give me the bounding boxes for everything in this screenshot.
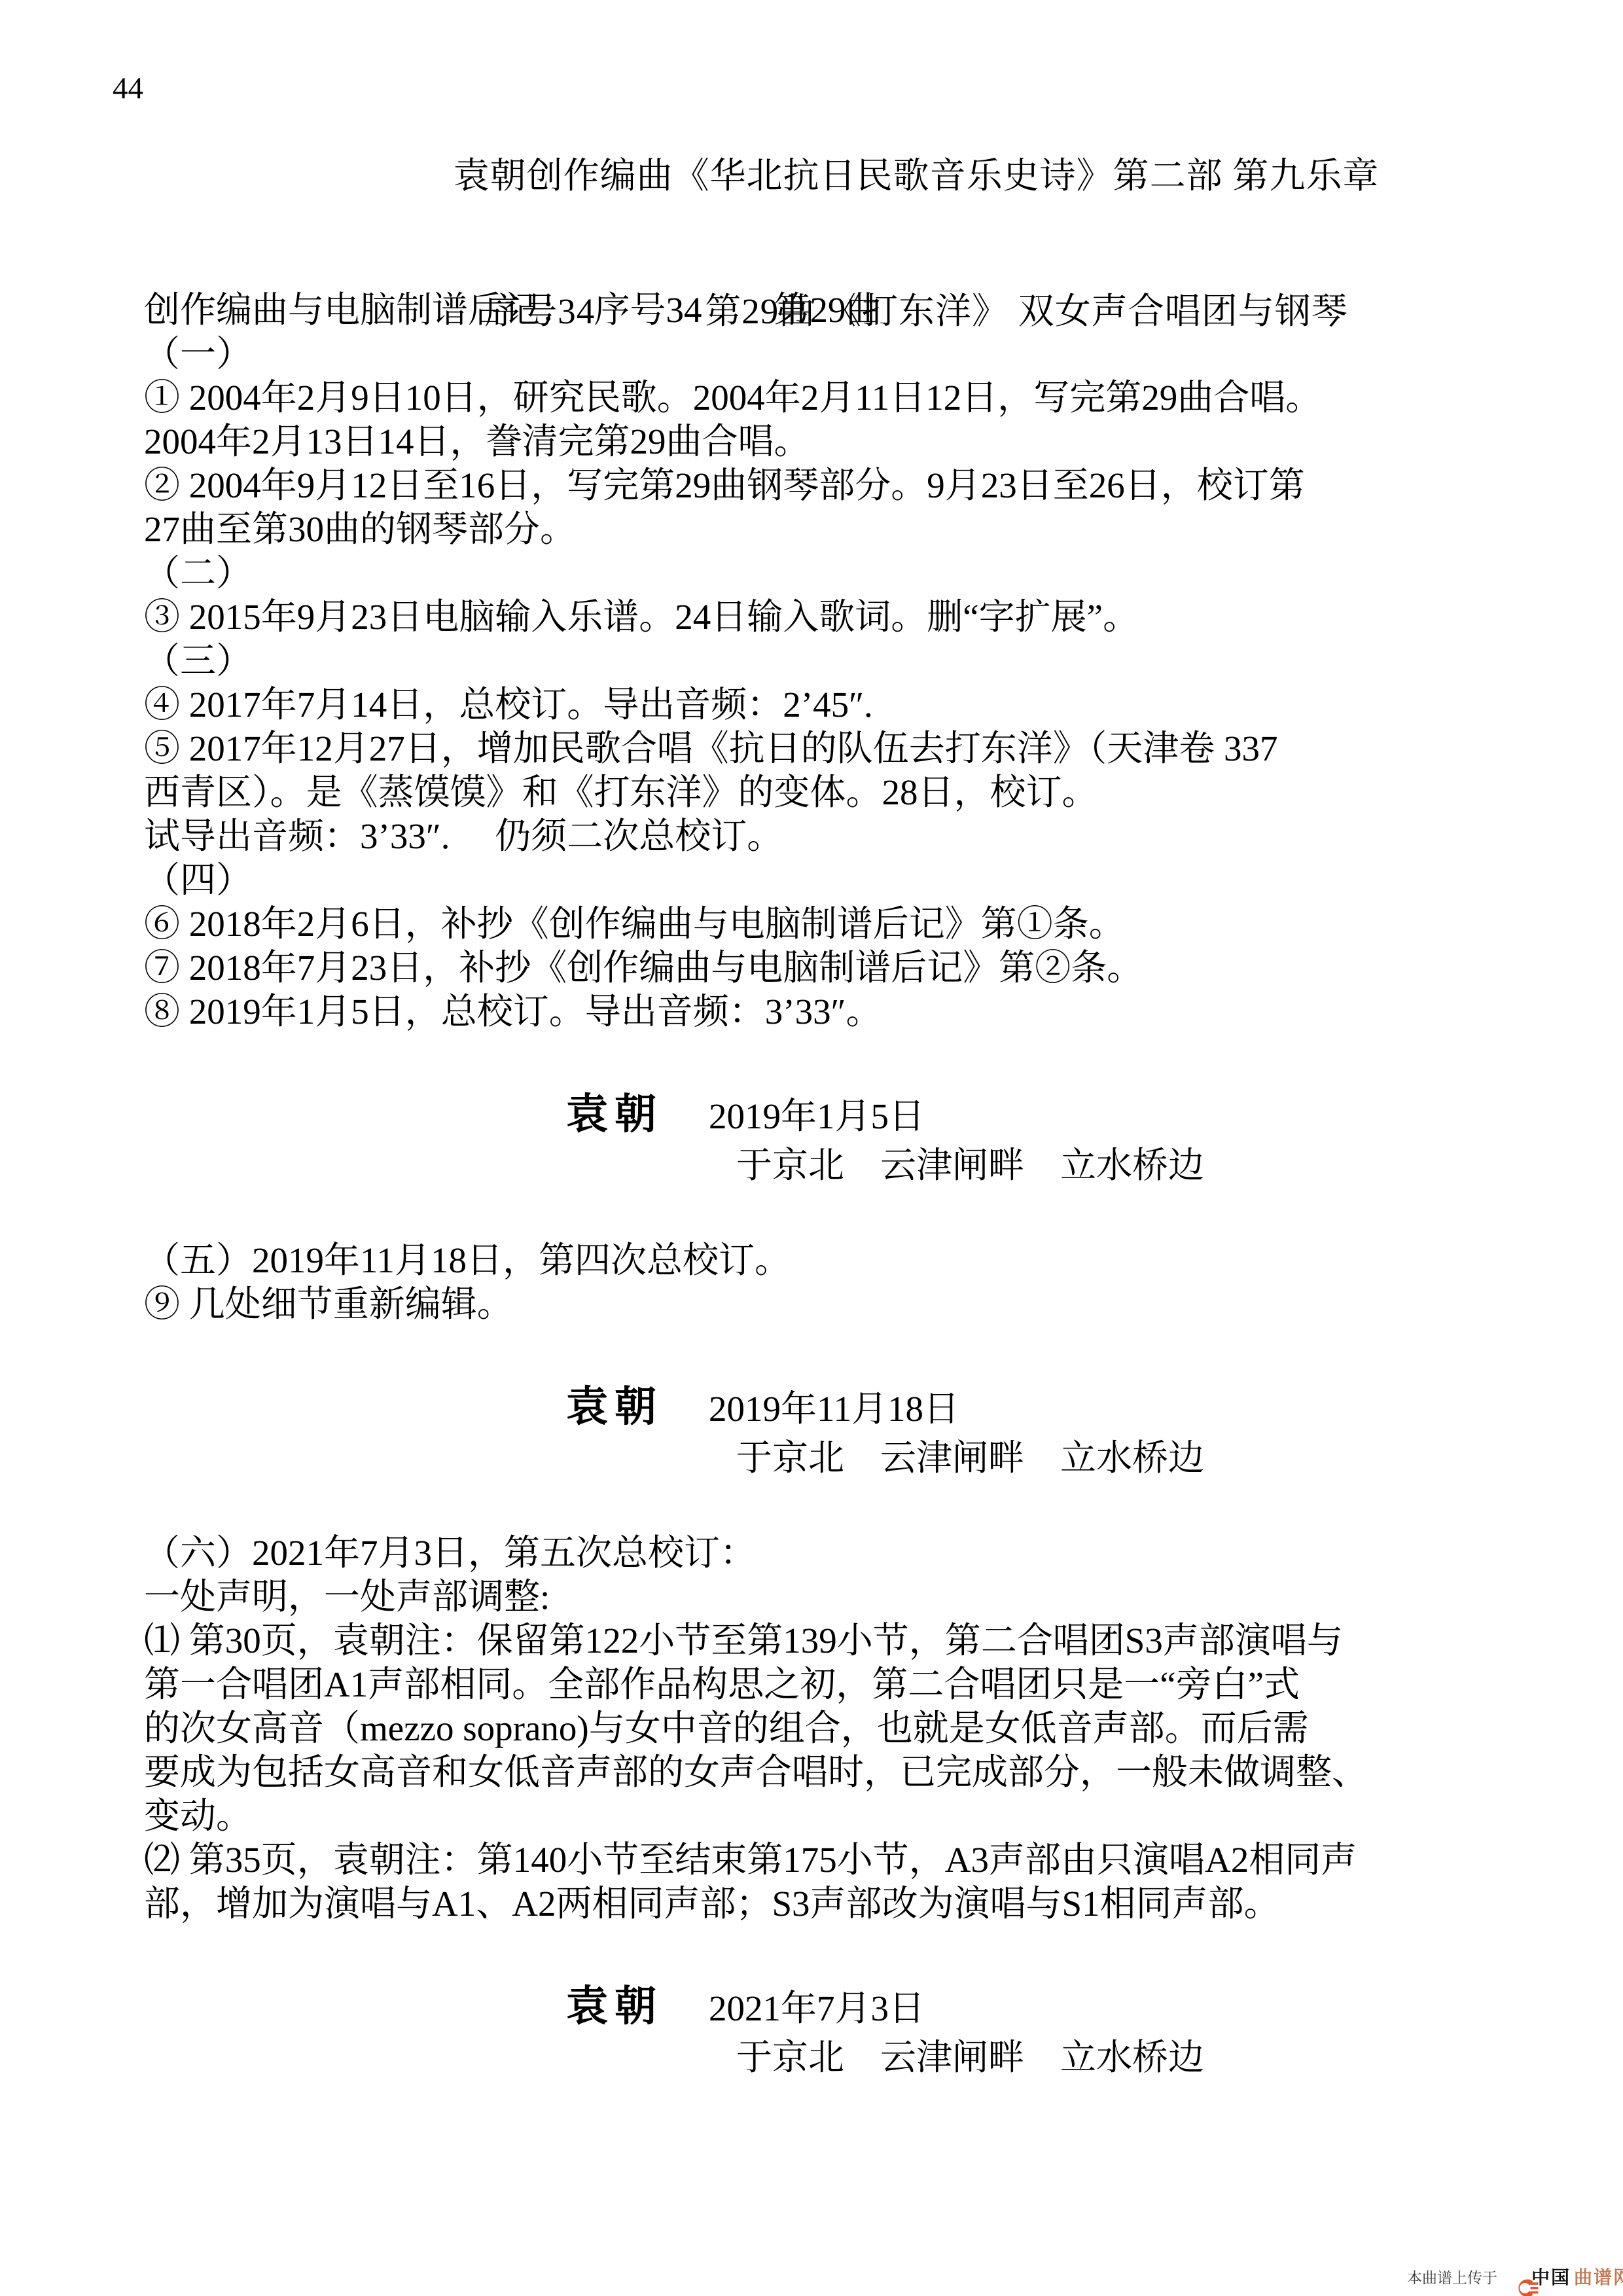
text-line: ⑤ 2017年12月27日，增加民歌合唱《抗日的队伍去打东洋》（天津卷 337 — [144, 726, 1368, 770]
text-line: ② 2004年9月12日至16日，写完第29曲钢琴部分。9月23日至26日，校订… — [144, 463, 1368, 507]
text-line: （二） — [144, 551, 1368, 595]
author-name: 袁朝 — [566, 1090, 663, 1138]
text-line: ① 2004年2月9日10日，研究民歌。2004年2月11日12日，写完第29曲… — [144, 376, 1368, 420]
author-name: 袁朝 — [566, 1383, 663, 1430]
text-line: 2004年2月13日14日，誊清完第29曲合唱。 — [144, 420, 1368, 463]
scanned-score-postscript-page: { "page": { "number": "44" }, "header": … — [0, 0, 1623, 2296]
signature-date: 2019年1月5日 — [709, 1096, 925, 1136]
text-line: （五）2019年11月18日，第四次总校订。 — [144, 1238, 1368, 1282]
notes-section-3: （六）2021年7月3日，第五次总校订：一处声明，一处声部调整:⑴ 第30页，袁… — [144, 1531, 1368, 1926]
signature-block-1: 袁朝2019年1月5日 于京北 云津闸畔 立水桥边 — [144, 1087, 1368, 1187]
text-line: ③ 2015年9月23日电脑输入乐谱。24日输入歌词。删“字扩展”。 — [144, 595, 1368, 639]
text-line: ⑨ 几处细节重新编辑。 — [144, 1282, 1368, 1326]
signature-place: 于京北 云津闸畔 立水桥边 — [144, 2036, 1368, 2079]
text-line: ⑦ 2018年7月23日，补抄《创作编曲与电脑制谱后记》第②条。 — [144, 946, 1368, 990]
text-line: 变动。 — [144, 1794, 1368, 1838]
author-name: 袁朝 — [566, 1982, 663, 2030]
header-line-1: 袁朝创作编曲《华北抗日民歌音乐史诗》第二部 第九乐章 — [196, 153, 1623, 198]
text-line: （三） — [144, 639, 1368, 683]
quputong-logo-icon — [1503, 2266, 1527, 2287]
text-line: 的次女高音（mezzo soprano)与女中音的组合，也就是女低音声部。而后需 — [144, 1706, 1368, 1750]
signature-block-3: 袁朝2021年7月3日 于京北 云津闸畔 立水桥边 — [144, 1979, 1368, 2079]
text-line: ⑴ 第30页，袁朝注：保留第122小节至第139小节，第二合唱团S3声部演唱与 — [144, 1619, 1368, 1662]
watermark-brand-black: 中国 — [1531, 2263, 1571, 2289]
notes-section-1: 创作编曲与电脑制谱后记： 序号34 第29曲（一）① 2004年2月9日10日，… — [144, 288, 1368, 1033]
text-line: 创作编曲与电脑制谱后记： 序号34 第29曲 — [144, 288, 1368, 332]
signature-row: 袁朝2019年1月5日 — [144, 1087, 1368, 1143]
text-line: ④ 2017年7月14日，总校订。导出音频：2’45″. — [144, 683, 1368, 726]
signature-place: 于京北 云津闸畔 立水桥边 — [144, 1143, 1368, 1187]
signature-date: 2019年11月18日 — [709, 1389, 959, 1429]
text-line: 27曲至第30曲的钢琴部分。 — [144, 507, 1368, 551]
text-line: ⑵ 第35页，袁朝注：第140小节至结束第175小节，A3声部由只演唱A2相同声 — [144, 1838, 1368, 1882]
signature-block-2: 袁朝2019年11月18日 于京北 云津闸畔 立水桥边 — [144, 1380, 1368, 1480]
text-line: （一） — [144, 332, 1368, 376]
postscript-body: 创作编曲与电脑制谱后记： 序号34 第29曲（一）① 2004年2月9日10日，… — [144, 288, 1368, 2079]
signature-row: 袁朝2019年11月18日 — [144, 1380, 1368, 1436]
text-line: （六）2021年7月3日，第五次总校订： — [144, 1531, 1368, 1575]
page-number: 44 — [113, 72, 143, 105]
signature-place: 于京北 云津闸畔 立水桥边 — [144, 1436, 1368, 1480]
signature-row: 袁朝2021年7月3日 — [144, 1979, 1368, 2036]
signature-date: 2021年7月3日 — [709, 1988, 925, 2028]
text-line: （四） — [144, 858, 1368, 902]
notes-section-2: （五）2019年11月18日，第四次总校订。⑨ 几处细节重新编辑。 — [144, 1238, 1368, 1326]
text-line: 要成为包括女高音和女低音声部的女声合唱时，已完成部分，一般未做调整、 — [144, 1750, 1368, 1794]
text-line: ⑥ 2018年2月6日，补抄《创作编曲与电脑制谱后记》第①条。 — [144, 902, 1368, 946]
watermark-prefix: 本曲谱上传于 — [1407, 2266, 1497, 2287]
text-line: 一处声明，一处声部调整: — [144, 1575, 1368, 1619]
text-line: 部，增加为演唱与A1、A2两相同声部；S3声部改为演唱与S1相同声部。 — [144, 1882, 1368, 1926]
text-line: 西青区）。是《蒸馍馍》和《打东洋》的变体。28日，校订。 — [144, 770, 1368, 814]
text-line: 第一合唱团A1声部相同。全部作品构思之初，第二合唱团只是一“旁白”式 — [144, 1662, 1368, 1706]
watermark-brand-orange: 曲谱网 — [1574, 2263, 1623, 2289]
site-watermark: 本曲谱上传于 中国 曲谱网 — [1407, 2262, 1623, 2291]
text-line: ⑧ 2019年1月5日，总校订。导出音频：3’33″。 — [144, 990, 1368, 1033]
text-line: 试导出音频：3’33″. 仍须二次总校订。 — [144, 814, 1368, 858]
